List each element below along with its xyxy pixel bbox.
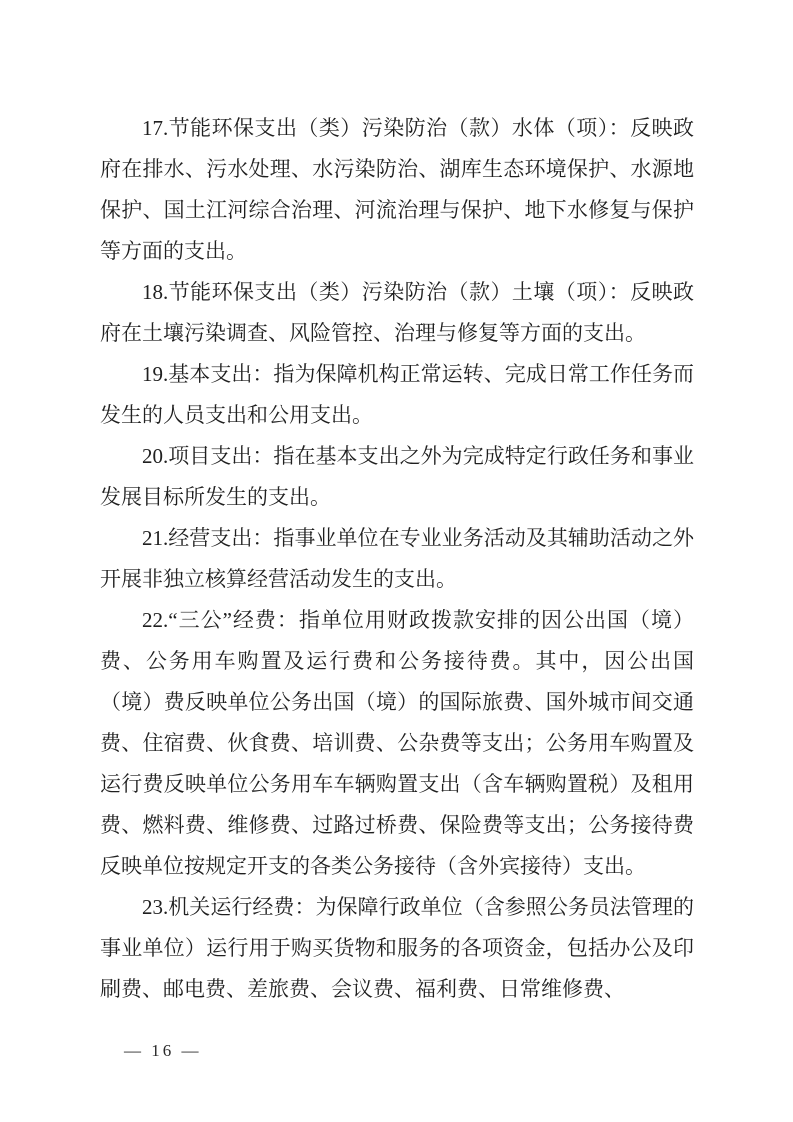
paragraph-18: 18.节能环保支出（类）污染防治（款）土壤（项）：反映政府在土壤污染调查、风险管… (100, 272, 694, 354)
page-number: — 16 — (124, 1038, 202, 1064)
paragraph-22: 22.“三公”经费：指单位用财政拨款安排的因公出国（境）费、公务用车购置及运行费… (100, 600, 694, 887)
document-page: 17.节能环保支出（类）污染防治（款）水体（项）：反映政府在排水、污水处理、水污… (0, 0, 793, 1122)
text-block: 17.节能环保支出（类）污染防治（款）水体（项）：反映政府在排水、污水处理、水污… (100, 108, 694, 1010)
paragraph-20: 20.项目支出：指在基本支出之外为完成特定行政任务和事业发展目标所发生的支出。 (100, 436, 694, 518)
paragraph-19: 19.基本支出：指为保障机构正常运转、完成日常工作任务而发生的人员支出和公用支出… (100, 354, 694, 436)
paragraph-23: 23.机关运行经费：为保障行政单位（含参照公务员法管理的事业单位）运行用于购买货… (100, 887, 694, 1010)
paragraph-21: 21.经营支出：指事业单位在专业业务活动及其辅助活动之外开展非独立核算经营活动发… (100, 518, 694, 600)
paragraph-17: 17.节能环保支出（类）污染防治（款）水体（项）：反映政府在排水、污水处理、水污… (100, 108, 694, 272)
